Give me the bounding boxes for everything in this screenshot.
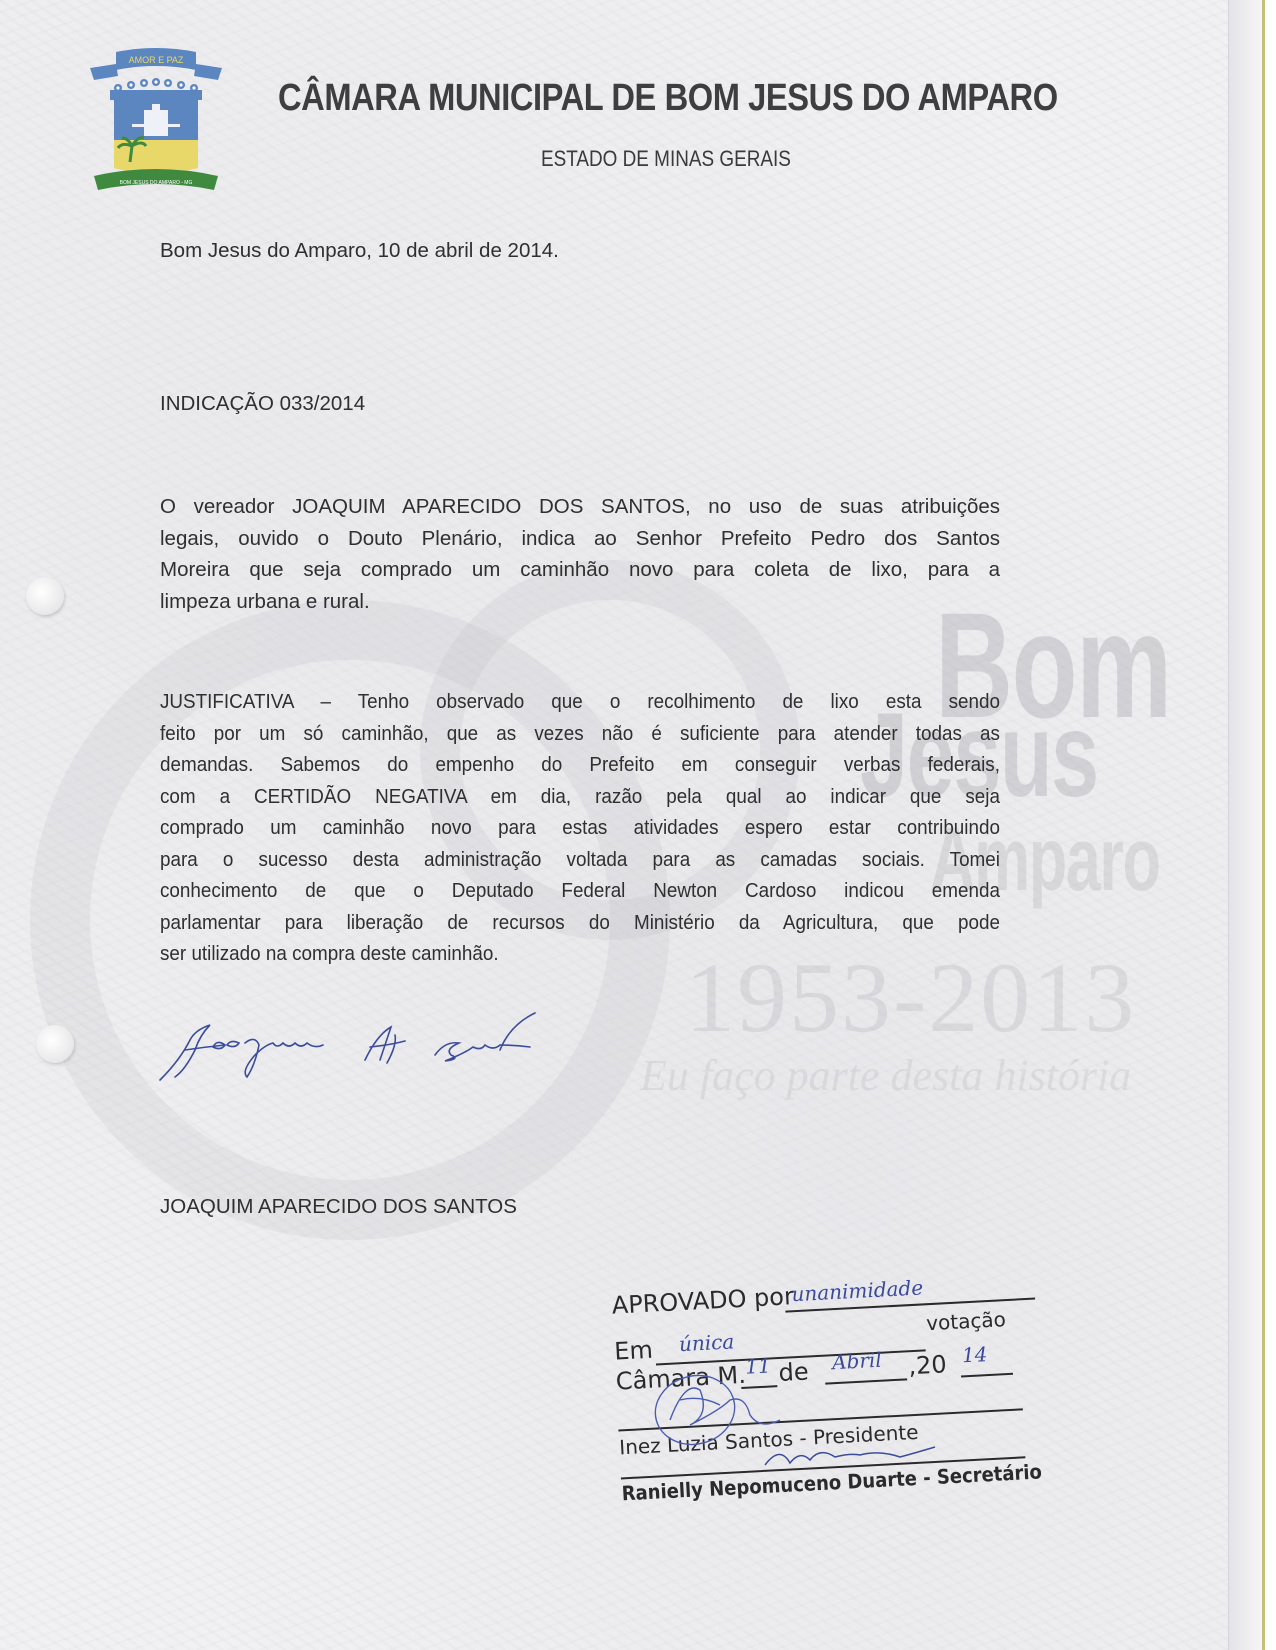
month-value: Abril [832,1348,883,1375]
approved-label: APROVADO por [611,1282,794,1319]
signer-name: JOAQUIM APARECIDO DOS SANTOS [160,1195,517,1219]
paragraph-line: parlamentar para liberação de recursos d… [160,907,1000,939]
year-prefix: ,20 [908,1350,948,1380]
month-line [825,1378,907,1384]
punch-hole [36,1025,74,1063]
paragraph-line: conhecimento de que o Deputado Federal N… [160,875,1000,907]
reference-number: INDICAÇÃO 033/2014 [160,392,365,416]
votacao-label: votação [926,1307,1007,1335]
page-edge-border [1262,0,1265,1650]
document-page: Bom Jesus Amparo 1953-2013 Eu faço parte… [0,0,1228,1650]
paragraph-line: comprado um caminhão novo para estas ati… [160,812,1000,844]
paragraph-line: ser utilizado na compra deste caminhão. [160,938,1000,970]
watermark-motto: Eu faço parte desta história [640,1050,1131,1101]
svg-text:BOM JESUS DO AMPARO - MG: BOM JESUS DO AMPARO - MG [120,180,193,186]
year-value: 14 [961,1342,988,1367]
paragraph-line: para o sucesso desta administração volta… [160,844,1000,876]
svg-text:AMOR E PAZ: AMOR E PAZ [129,55,184,65]
paragraph-line: feito por um só caminhão, que as vezes n… [160,718,1000,750]
punch-hole [26,577,64,615]
year-line [961,1373,1013,1378]
page-edge [1228,0,1263,1650]
paragraph-justification: JUSTIFICATIVA – Tenho observado que o re… [160,686,1000,970]
em-value: única [678,1329,734,1356]
approved-value: unanimidade [791,1275,924,1306]
paragraph-indication: O vereador JOAQUIM APARECIDO DOS SANTOS,… [160,491,1000,617]
letterhead-subtitle: ESTADO DE MINAS GERAIS [541,146,791,172]
handwritten-signature [155,1005,565,1095]
coat-of-arms-icon: AMOR E PAZ BOM JESUS DO AMPARO - MG [88,44,224,196]
paragraph-line: limpeza urbana e rural. [160,586,1000,618]
paragraph-line: O vereador JOAQUIM APARECIDO DOS SANTOS,… [160,491,1000,523]
date-line: Bom Jesus do Amparo, 10 de abril de 2014… [160,239,559,263]
letterhead-title: CÂMARA MUNICIPAL DE BOM JESUS DO AMPARO [278,77,983,120]
secretary-signature [760,1435,940,1475]
em-label: Em [614,1336,654,1366]
paragraph-line: Moreira que seja comprado um caminhão no… [160,554,1000,586]
paragraph-line: JUSTIFICATIVA – Tenho observado que o re… [160,686,1000,718]
paragraph-line: legais, ouvido o Douto Plenário, indica … [160,523,1000,555]
paragraph-line: com a CERTIDÃO NEGATIVA em dia, razão pe… [160,781,1000,813]
paragraph-line: demandas. Sabemos do empenho do Prefeito… [160,749,1000,781]
